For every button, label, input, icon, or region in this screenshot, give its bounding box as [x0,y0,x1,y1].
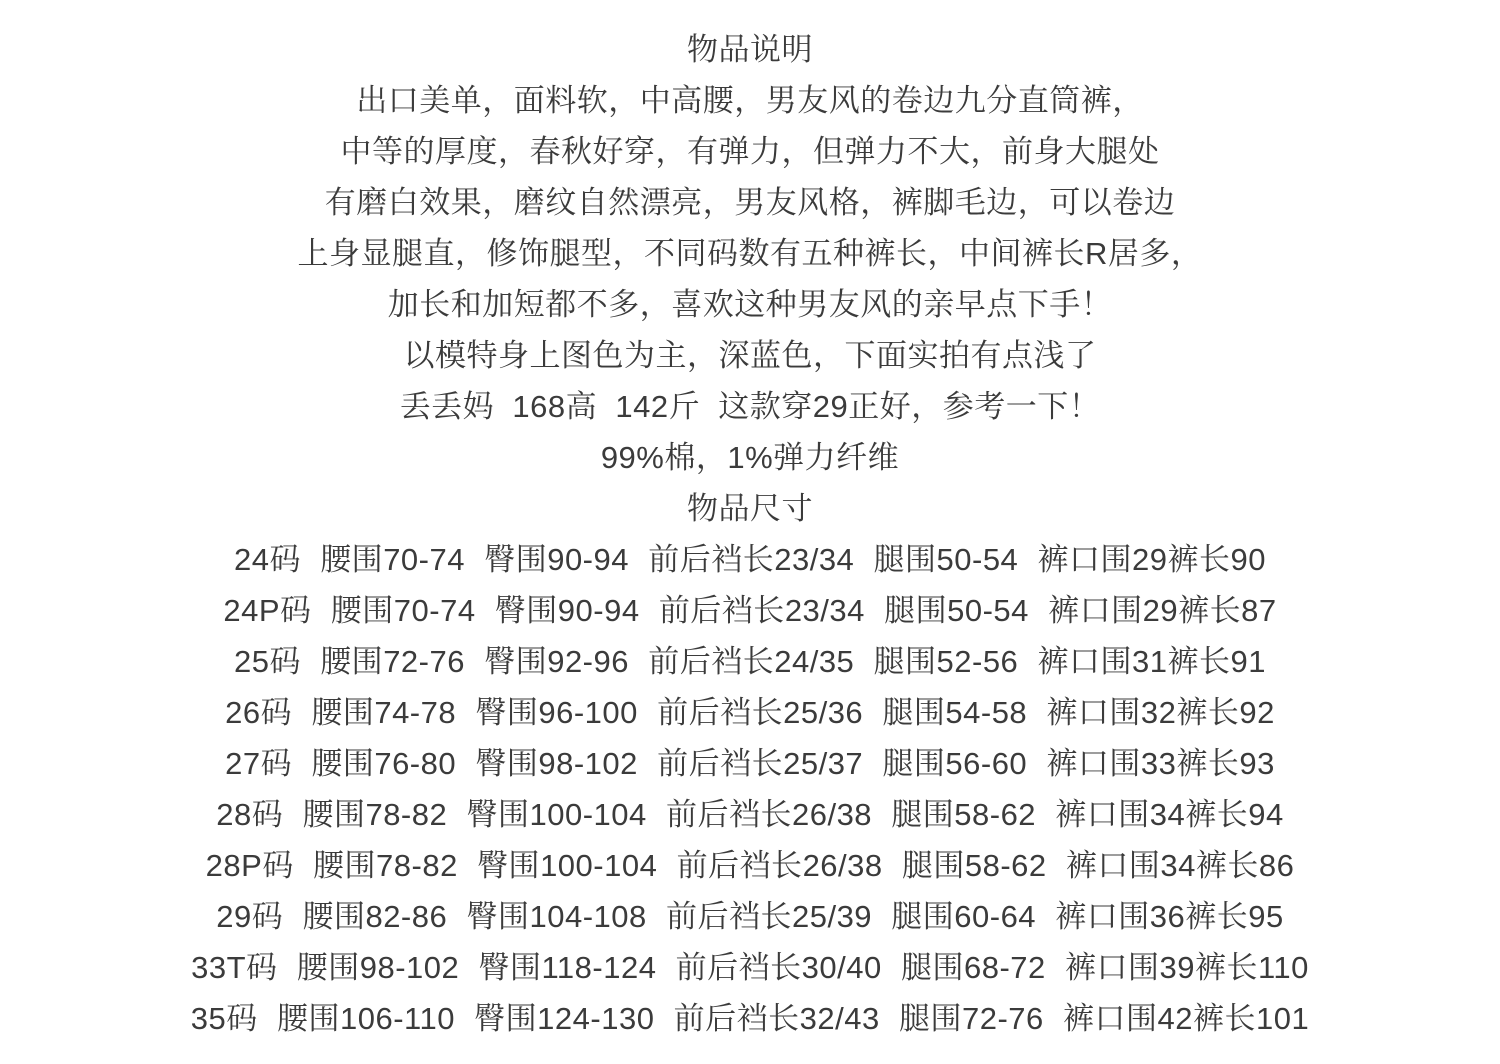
hem-value: 29 [1132,542,1167,577]
size-row: 24码腰围70-74臀围90-94前后裆长23/34腿围50-54裤口围29裤长… [0,534,1500,585]
length-value: 90 [1231,542,1266,577]
hem-label: 裤口围 [1063,1001,1158,1036]
hem-label: 裤口围 [1048,593,1143,628]
thigh-value: 52-56 [937,644,1019,679]
hip-measure: 臀围90-94 [484,542,629,577]
fabric-composition-line: 99%棉，1%弹力纤维 [0,432,1500,483]
thigh-label: 腿围 [884,593,947,628]
hip-label: 臀围 [477,848,540,883]
thigh-value: 50-54 [947,593,1029,628]
product-description-page: 物品说明 出口美单，面料软，中高腰，男友风的卷边九分直筒裤， 中等的厚度，春秋好… [0,0,1500,1064]
size-label: 35码 [191,1001,258,1036]
hip-value: 124-130 [537,1001,654,1036]
hip-value: 90-94 [547,542,629,577]
waist-label: 腰围 [311,746,374,781]
hem-value: 34 [1160,848,1195,883]
hem-value: 42 [1157,1001,1192,1036]
size-label: 24码 [234,542,301,577]
hip-value: 100-104 [540,848,657,883]
waist-value: 72-76 [383,644,465,679]
length-value: 94 [1248,797,1283,832]
waist-measure: 腰围70-74 [331,593,476,628]
hem-value: 31 [1132,644,1167,679]
size-row: 29码腰围82-86臀围104-108前后裆长25/39腿围60-64裤口围36… [0,891,1500,942]
waist-value: 76-80 [374,746,456,781]
length-value: 92 [1239,695,1274,730]
waist-value: 98-102 [360,950,460,985]
hip-label: 臀围 [478,950,541,985]
waist-label: 腰围 [331,593,394,628]
waist-value: 78-82 [376,848,458,883]
rise-value: 25/39 [792,899,872,934]
description-line: 上身显腿直，修饰腿型，不同码数有五种裤长，中间裤长R居多， [0,228,1500,279]
hip-measure: 臀围100-104 [477,848,657,883]
thigh-measure: 腿围58-62 [891,797,1036,832]
hip-label: 臀围 [495,593,558,628]
rise-value: 23/34 [785,593,865,628]
thigh-measure: 腿围72-76 [899,1001,1044,1036]
hem-label: 裤口围 [1066,848,1161,883]
rise-measure: 前后裆长26/38 [677,848,883,883]
hip-label: 臀围 [475,695,538,730]
hem-length-measure: 裤口围33裤长93 [1046,746,1274,781]
thigh-value: 54-58 [945,695,1027,730]
hem-label: 裤口围 [1038,644,1133,679]
waist-label: 腰围 [311,695,374,730]
rise-measure: 前后裆长24/35 [648,644,854,679]
length-label: 裤长 [1193,1001,1256,1036]
hem-label: 裤口围 [1065,950,1160,985]
rise-measure: 前后裆长25/37 [657,746,863,781]
length-value: 101 [1256,1001,1309,1036]
length-value: 95 [1248,899,1283,934]
rise-measure: 前后裆长25/36 [657,695,863,730]
hem-label: 裤口围 [1046,695,1141,730]
length-label: 裤长 [1168,644,1231,679]
rise-value: 23/34 [774,542,854,577]
hem-length-measure: 裤口围31裤长91 [1038,644,1266,679]
length-label: 裤长 [1185,797,1248,832]
rise-label: 前后裆长 [657,695,783,730]
hip-measure: 臀围92-96 [484,644,629,679]
rise-value: 26/38 [792,797,872,832]
waist-measure: 腰围76-80 [311,746,456,781]
thigh-label: 腿围 [902,848,965,883]
rise-label: 前后裆长 [659,593,785,628]
rise-value: 30/40 [802,950,882,985]
size-row: 33T码腰围98-102臀围118-124前后裆长30/40腿围68-72裤口围… [0,942,1500,993]
thigh-label: 腿围 [882,695,945,730]
waist-label: 腰围 [302,797,365,832]
hem-value: 29 [1143,593,1178,628]
size-label: 28P码 [206,848,294,883]
waist-value: 70-74 [394,593,476,628]
rise-label: 前后裆长 [648,644,774,679]
size-label: 33T码 [191,950,277,985]
hip-measure: 臀围104-108 [466,899,646,934]
waist-label: 腰围 [277,1001,340,1036]
rise-label: 前后裆长 [666,797,792,832]
size-row: 24P码腰围70-74臀围90-94前后裆长23/34腿围50-54裤口围29裤… [0,585,1500,636]
hip-label: 臀围 [466,899,529,934]
hem-label: 裤口围 [1055,899,1150,934]
thigh-measure: 腿围50-54 [884,593,1029,628]
rise-value: 25/36 [783,695,863,730]
hip-value: 100-104 [529,797,646,832]
rise-value: 24/35 [774,644,854,679]
hip-measure: 臀围96-100 [475,695,638,730]
size-row: 27码腰围76-80臀围98-102前后裆长25/37腿围56-60裤口围33裤… [0,738,1500,789]
thigh-value: 58-62 [965,848,1047,883]
thigh-label: 腿围 [901,950,964,985]
size-row: 26码腰围74-78臀围96-100前后裆长25/36腿围54-58裤口围32裤… [0,687,1500,738]
waist-measure: 腰围72-76 [320,644,465,679]
rise-label: 前后裆长 [648,542,774,577]
sizes-title: 物品尺寸 [0,483,1500,534]
rise-label: 前后裆长 [676,950,802,985]
rise-measure: 前后裆长23/34 [659,593,865,628]
length-label: 裤长 [1176,695,1239,730]
length-value: 91 [1231,644,1266,679]
hem-value: 32 [1141,695,1176,730]
hip-value: 104-108 [529,899,646,934]
size-row: 28P码腰围78-82臀围100-104前后裆长26/38腿围58-62裤口围3… [0,840,1500,891]
waist-measure: 腰围106-110 [277,1001,455,1036]
hem-length-measure: 裤口围29裤长90 [1038,542,1266,577]
rise-measure: 前后裆长30/40 [676,950,882,985]
hem-label: 裤口围 [1055,797,1150,832]
hip-value: 90-94 [558,593,640,628]
hem-length-measure: 裤口围42裤长101 [1063,1001,1309,1036]
rise-measure: 前后裆长32/43 [674,1001,880,1036]
rise-measure: 前后裆长26/38 [666,797,872,832]
hem-label: 裤口围 [1046,746,1141,781]
waist-label: 腰围 [320,542,383,577]
waist-label: 腰围 [302,899,365,934]
waist-label: 腰围 [320,644,383,679]
thigh-label: 腿围 [874,644,937,679]
length-label: 裤长 [1196,848,1259,883]
thigh-measure: 腿围60-64 [891,899,1036,934]
size-rows: 24码腰围70-74臀围90-94前后裆长23/34腿围50-54裤口围29裤长… [0,534,1500,1044]
size-label: 27码 [225,746,292,781]
thigh-label: 腿围 [891,797,954,832]
thigh-measure: 腿围54-58 [882,695,1027,730]
description-line: 出口美单，面料软，中高腰，男友风的卷边九分直筒裤， [0,75,1500,126]
waist-value: 106-110 [340,1001,455,1036]
rise-label: 前后裆长 [677,848,803,883]
hem-length-measure: 裤口围29裤长87 [1048,593,1276,628]
waist-measure: 腰围74-78 [311,695,456,730]
description-line: 中等的厚度，春秋好穿，有弹力，但弹力不大，前身大腿处 [0,126,1500,177]
thigh-measure: 腿围56-60 [882,746,1027,781]
size-label: 28码 [216,797,283,832]
thigh-value: 68-72 [964,950,1046,985]
hip-label: 臀围 [484,542,547,577]
rise-measure: 前后裆长23/34 [648,542,854,577]
rise-value: 32/43 [800,1001,880,1036]
size-row: 35码腰围106-110臀围124-130前后裆长32/43腿围72-76裤口围… [0,993,1500,1044]
model-reference-line: 丢丢妈 168高 142斤 这款穿29正好，参考一下！ [0,381,1500,432]
waist-label: 腰围 [313,848,376,883]
thigh-label: 腿围 [891,899,954,934]
hem-value: 39 [1159,950,1194,985]
waist-label: 腰围 [297,950,360,985]
size-label: 24P码 [223,593,311,628]
waist-value: 82-86 [365,899,447,934]
thigh-label: 腿围 [899,1001,962,1036]
thigh-label: 腿围 [874,542,937,577]
thigh-label: 腿围 [882,746,945,781]
description-line: 以模特身上图色为主，深蓝色，下面实拍有点浅了 [0,330,1500,381]
thigh-measure: 腿围52-56 [874,644,1019,679]
description-line: 有磨白效果，磨纹自然漂亮，男友风格，裤脚毛边，可以卷边 [0,177,1500,228]
hip-label: 臀围 [475,746,538,781]
thigh-measure: 腿围58-62 [902,848,1047,883]
description-title: 物品说明 [0,24,1500,75]
hem-length-measure: 裤口围34裤长86 [1066,848,1294,883]
size-label: 25码 [234,644,301,679]
hem-length-measure: 裤口围32裤长92 [1046,695,1274,730]
rise-label: 前后裆长 [666,899,792,934]
rise-value: 26/38 [803,848,883,883]
hip-measure: 臀围98-102 [475,746,638,781]
waist-measure: 腰围78-82 [313,848,458,883]
length-value: 86 [1259,848,1294,883]
hem-length-measure: 裤口围34裤长94 [1055,797,1283,832]
waist-measure: 腰围98-102 [297,950,460,985]
thigh-value: 58-62 [954,797,1036,832]
waist-measure: 腰围82-86 [302,899,447,934]
length-value: 87 [1241,593,1276,628]
thigh-value: 60-64 [954,899,1036,934]
hip-label: 臀围 [474,1001,537,1036]
length-label: 裤长 [1176,746,1239,781]
hip-measure: 臀围100-104 [466,797,646,832]
hip-label: 臀围 [466,797,529,832]
hem-value: 36 [1150,899,1185,934]
rise-value: 25/37 [783,746,863,781]
hem-length-measure: 裤口围36裤长95 [1055,899,1283,934]
hem-value: 33 [1141,746,1176,781]
waist-measure: 腰围78-82 [302,797,447,832]
hip-measure: 臀围118-124 [478,950,656,985]
size-row: 25码腰围72-76臀围92-96前后裆长24/35腿围52-56裤口围31裤长… [0,636,1500,687]
length-label: 裤长 [1195,950,1258,985]
thigh-value: 50-54 [937,542,1019,577]
waist-value: 74-78 [374,695,456,730]
thigh-measure: 腿围50-54 [874,542,1019,577]
rise-label: 前后裆长 [674,1001,800,1036]
waist-value: 70-74 [383,542,465,577]
length-value: 93 [1239,746,1274,781]
description-line: 加长和加短都不多，喜欢这种男友风的亲早点下手！ [0,279,1500,330]
length-label: 裤长 [1168,542,1231,577]
hip-measure: 臀围124-130 [474,1001,654,1036]
size-label: 26码 [225,695,292,730]
rise-label: 前后裆长 [657,746,783,781]
size-label: 29码 [216,899,283,934]
hip-value: 96-100 [538,695,638,730]
waist-value: 78-82 [365,797,447,832]
hip-label: 臀围 [484,644,547,679]
thigh-measure: 腿围68-72 [901,950,1046,985]
length-value: 110 [1258,950,1309,985]
size-row: 28码腰围78-82臀围100-104前后裆长26/38腿围58-62裤口围34… [0,789,1500,840]
hem-label: 裤口围 [1038,542,1133,577]
hip-value: 98-102 [538,746,638,781]
hem-length-measure: 裤口围39裤长110 [1065,950,1309,985]
thigh-value: 56-60 [945,746,1027,781]
hem-value: 34 [1150,797,1185,832]
hip-value: 92-96 [547,644,629,679]
hip-value: 118-124 [541,950,656,985]
length-label: 裤长 [1185,899,1248,934]
length-label: 裤长 [1178,593,1241,628]
hip-measure: 臀围90-94 [495,593,640,628]
description-lines: 出口美单，面料软，中高腰，男友风的卷边九分直筒裤， 中等的厚度，春秋好穿，有弹力… [0,75,1500,483]
thigh-value: 72-76 [962,1001,1044,1036]
rise-measure: 前后裆长25/39 [666,899,872,934]
waist-measure: 腰围70-74 [320,542,465,577]
